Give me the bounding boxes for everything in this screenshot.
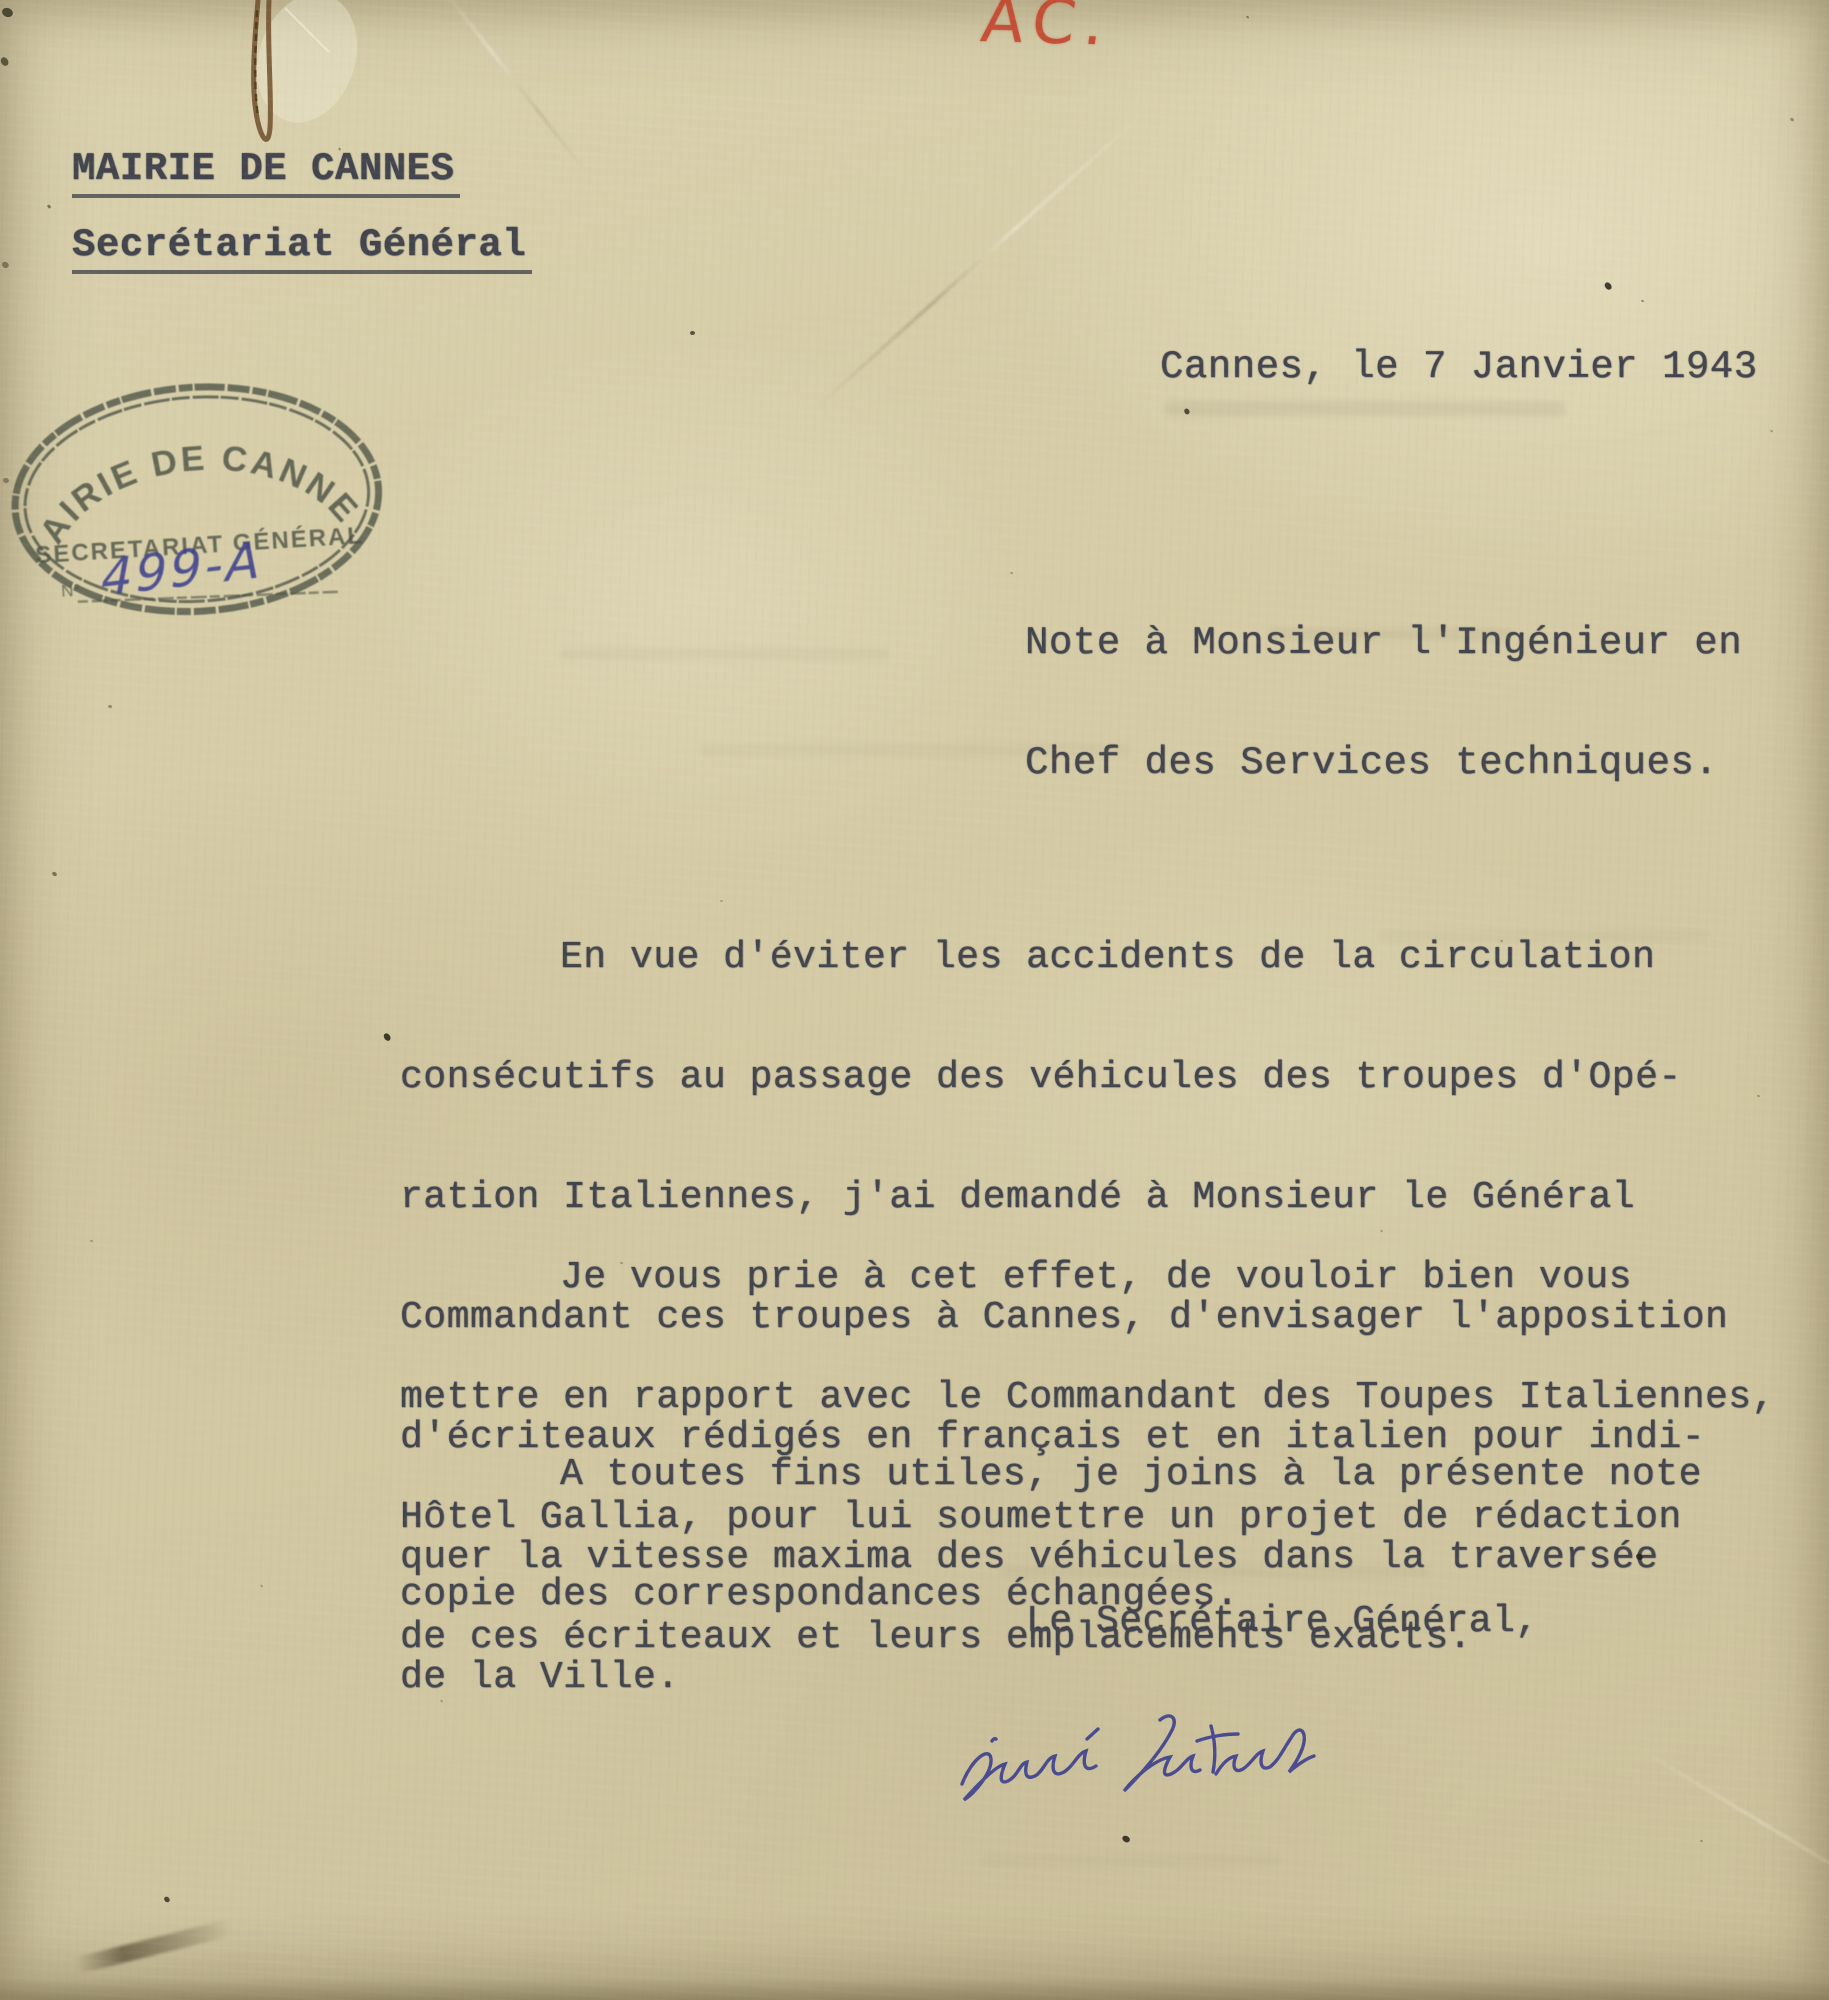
registry-stamp: MAIRIE DE CANNES SECRETARIAT GÉNÉRAL N° … xyxy=(0,364,409,640)
ink-speck xyxy=(1246,15,1250,19)
ink-speck xyxy=(1789,117,1794,122)
ink-speck xyxy=(382,1032,392,1042)
ink-speck xyxy=(1010,572,1014,575)
scan-edge-shadow xyxy=(0,1978,1829,2000)
stamp-number-prefix: N° xyxy=(61,581,81,601)
body-line: consécutifs au passage des véhicules des… xyxy=(400,1058,1728,1098)
fold-crease xyxy=(443,0,587,173)
ink-speck xyxy=(1603,281,1613,291)
ink-speck xyxy=(1770,429,1774,433)
dateline: Cannes, le 7 Janvier 1943 xyxy=(1160,345,1758,389)
ink-speck xyxy=(1757,1095,1760,1098)
ink-speck xyxy=(1183,408,1190,416)
body-line: Je vous prie à cet effet, de vouloir bie… xyxy=(400,1258,1775,1298)
classification-mark: AC. xyxy=(977,0,1207,62)
ink-speck xyxy=(51,871,57,877)
fold-crease xyxy=(814,110,1147,411)
ink-speck xyxy=(90,1240,93,1243)
body-paragraph: A toutes fins utiles, je joins à la prés… xyxy=(400,1375,1702,1695)
ink-bleed-smudge xyxy=(560,648,890,660)
recipient-line: Note à Monsieur l'Ingénieur en xyxy=(1025,623,1742,663)
ink-speck xyxy=(163,1896,171,1904)
body-line: A toutes fins utiles, je joins à la prés… xyxy=(400,1455,1702,1495)
recipient-line: Chef des Services techniques. xyxy=(1025,743,1742,783)
signature-strokes xyxy=(948,1698,1378,1838)
corner-crease-mark xyxy=(74,1919,233,1974)
closing-line: Le Secrétaire Général, xyxy=(1026,1600,1539,1643)
scanned-letter-page: AC. MAIRIE DE CANNES Secrétariat Général… xyxy=(0,0,1829,2000)
letterhead-title: MAIRIE DE CANNES xyxy=(72,148,460,190)
ink-speck xyxy=(690,331,695,335)
ink-speck xyxy=(108,704,113,708)
letterhead-subtitle-text: Secrétariat Général xyxy=(72,223,532,274)
ink-speck xyxy=(1641,299,1645,302)
body-line: En vue d'éviter les accidents de la circ… xyxy=(400,938,1728,978)
signature: signé Léotard xyxy=(948,1698,1378,1838)
letterhead-subtitle: Secrétariat Général xyxy=(72,224,532,266)
ink-speck xyxy=(1,260,10,269)
ink-bleed-smudge xyxy=(1165,401,1565,416)
ink-speck xyxy=(1700,1840,1703,1842)
ink-speck xyxy=(1,6,14,18)
ink-speck xyxy=(0,56,10,67)
recipient-block: Note à Monsieur l'Ingénieur en Chef des … xyxy=(1025,543,1742,863)
ink-speck xyxy=(260,1584,264,1588)
letterhead-title-text: MAIRIE DE CANNES xyxy=(72,147,460,198)
ink-speck xyxy=(47,204,52,209)
ink-bleed-smudge xyxy=(980,1855,1280,1866)
